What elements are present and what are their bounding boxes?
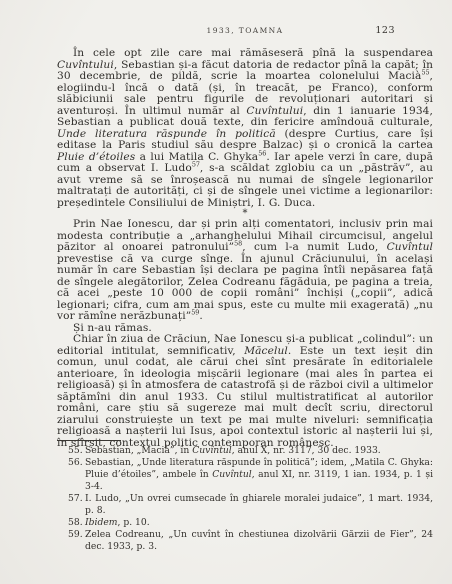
footnote-rule [57,440,121,441]
footnote-text: Sebastian, „Unde literatura răspunde în … [85,457,433,492]
footnote-57: 57.I. Ludo, „Un ovrei cumsecade în ghiar… [57,493,433,517]
italic-text: Cuvîntul [387,241,433,253]
footnote-text: Zelea Codreanu, „Un cuvînt în chestiunea… [85,529,433,552]
paragraph-2: Prin Nae Ionescu, dar și prin alți comen… [57,219,433,323]
footnote-58: 58.Ibidem, p. 10. [57,517,433,529]
footnote-number: 59. [68,529,85,541]
footnote-number: 58. [68,517,85,529]
footnote-text: I. Ludo, „Un ovrei cumsecade în ghiarele… [85,493,433,516]
text-run: prevestise că va curge sînge. În ajunul … [57,253,433,323]
italic-text: Măcelul [244,345,288,357]
text-run: , cum l-a numit Ludo, [242,241,386,253]
footnote-ref: 55 [421,69,429,76]
text-run: . Este un text ieșit din comun, unul cod… [57,345,433,449]
text-run: I. Ludo, „Un ovrei cumsecade în ghiarele… [85,493,433,516]
footnote-ref: 57 [192,161,200,168]
page-body: În cele opt zile care mai rămăseseră pîn… [57,48,433,449]
text-run: . [199,310,202,322]
page-header: 1933, TOAMNA 123 [57,26,433,38]
text-run: , anul X, nr. 3117, 30 dec. 1933. [232,445,381,456]
book-page: 1933, TOAMNA 123 În cele opt zile care m… [0,0,452,584]
italic-text: Pluie d’étoiles [57,151,135,163]
text-run: Sebastian, „Macià”, în [85,445,192,456]
text-run: Și n-au rămas. [73,322,152,334]
italic-text: Cuvîntul [192,445,232,456]
footnote-55: 55.Sebastian, „Macià”, în Cuvîntul, anul… [57,445,433,457]
footnote-56: 56.Sebastian, „Unde literatura răspunde … [57,457,433,493]
italic-text: Cuvîntul [212,469,252,480]
footnote-number: 57. [68,493,85,505]
text-run: Zelea Codreanu, „Un cuvînt în chestiunea… [85,529,433,552]
page-number: 123 [375,25,395,36]
footnotes-section: 55.Sebastian, „Macià”, în Cuvîntul, anul… [57,445,433,553]
footnote-text: Ibidem, p. 10. [85,517,150,528]
footnote-text: Sebastian, „Macià”, în Cuvîntul, anul X,… [85,445,381,456]
footnote-59: 59.Zelea Codreanu, „Un cuvînt în chestiu… [57,529,433,553]
text-run: În cele opt zile care mai rămăseseră pîn… [73,47,433,59]
paragraph-4: Chiar în ziua de Crăciun, Nae Ionescu și… [57,334,433,449]
footnote-number: 56. [68,457,85,469]
text-run: , p. 10. [117,517,149,528]
footnote-number: 55. [68,445,85,457]
italic-text: Unde literatura răspunde în politică [57,128,276,140]
italic-text: Cuvîntului [246,105,303,117]
text-run: , Sebastian și-a făcut datoria de redact… [57,59,433,83]
italic-text: Ibidem [85,517,117,528]
paragraph-1: În cele opt zile care mai rămăseseră pîn… [57,48,433,209]
italic-text: Cuvîntului [57,59,114,71]
